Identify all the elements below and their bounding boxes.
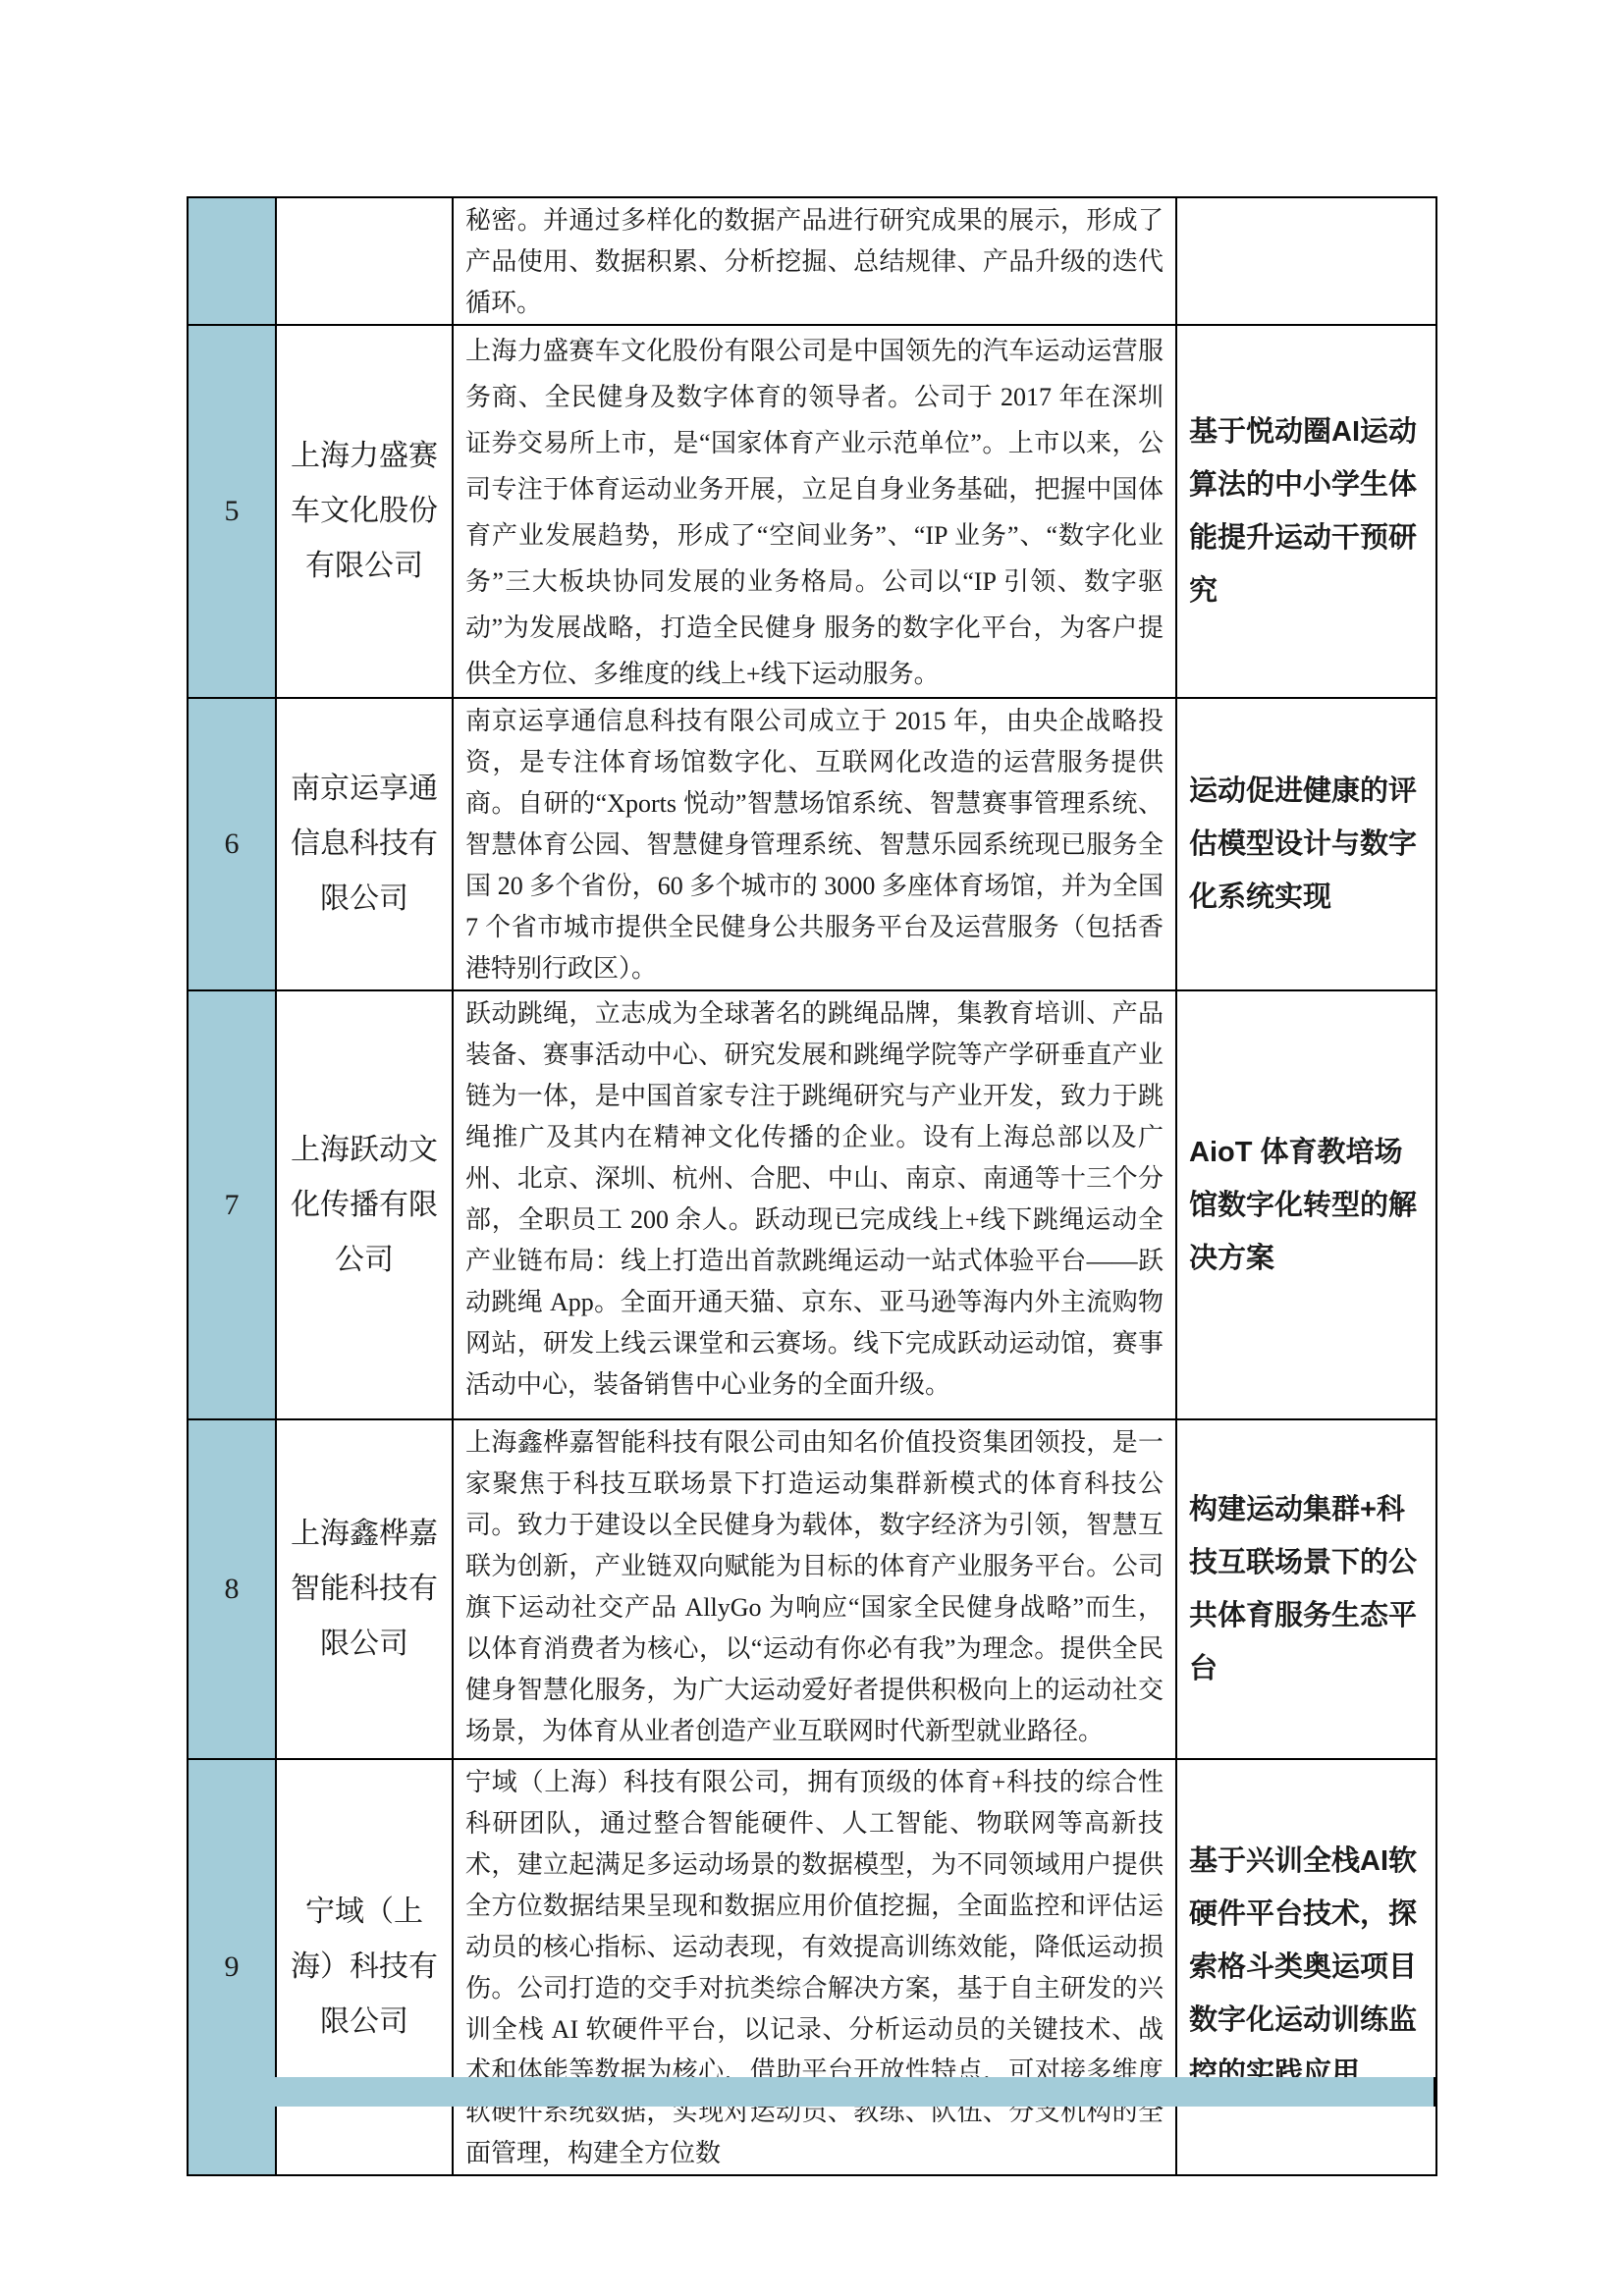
row-number-cell: 5 bbox=[188, 325, 276, 698]
table-row: 9 宁域（上海）科技有限公司 宁域（上海）科技有限公司，拥有顶级的体育+科技的综… bbox=[188, 1759, 1436, 2175]
project-title-cell: 运动促进健康的评估模型设计与数字化系统实现 bbox=[1176, 698, 1436, 990]
company-description-cell: 南京运享通信息科技有限公司成立于 2015 年，由央企战略投资，是专注体育场馆数… bbox=[453, 698, 1176, 990]
company-description-cell: 上海力盛赛车文化股份有限公司是中国领先的汽车运动运营服务商、全民健身及数字体育的… bbox=[453, 325, 1176, 698]
company-name-cell bbox=[276, 197, 453, 325]
table-row-continuation: 秘密。并通过多样化的数据产品进行研究成果的展示，形成了产品使用、数据积累、分析挖… bbox=[188, 197, 1436, 325]
company-name-cell: 上海鑫桦嘉智能科技有限公司 bbox=[276, 1419, 453, 1759]
company-name-cell: 宁域（上海）科技有限公司 bbox=[276, 1759, 453, 2175]
table-row: 7 上海跃动文化传播有限公司 跃动跳绳，立志成为全球著名的跳绳品牌，集教育培训、… bbox=[188, 990, 1436, 1419]
row-number-cell bbox=[188, 197, 276, 325]
table-row: 8 上海鑫桦嘉智能科技有限公司 上海鑫桦嘉智能科技有限公司由知名价值投资集团领投… bbox=[188, 1419, 1436, 1759]
project-title-cell: 构建运动集群+科技互联场景下的公共体育服务生态平台 bbox=[1176, 1419, 1436, 1759]
project-title-cell: 基于兴训全栈AI软硬件平台技术，探索格斗类奥运项目数字化运动训练监控的实践应用 bbox=[1176, 1759, 1436, 2175]
project-title-cell: 基于悦动圈AI运动算法的中小学生体能提升运动干预研究 bbox=[1176, 325, 1436, 698]
company-name-cell: 上海力盛赛车文化股份有限公司 bbox=[276, 325, 453, 698]
company-description-cell: 上海鑫桦嘉智能科技有限公司由知名价值投资集团领投，是一家聚焦于科技互联场景下打造… bbox=[453, 1419, 1176, 1759]
company-description-cell: 宁域（上海）科技有限公司，拥有顶级的体育+科技的综合性科研团队，通过整合智能硬件… bbox=[453, 1759, 1176, 2175]
row-number-cell: 7 bbox=[188, 990, 276, 1419]
company-name-cell: 南京运享通信息科技有限公司 bbox=[276, 698, 453, 990]
project-title-cell: AioT 体育教培场馆数字化转型的解决方案 bbox=[1176, 990, 1436, 1419]
row-number-cell: 8 bbox=[188, 1419, 276, 1759]
company-name-cell: 上海跃动文化传播有限公司 bbox=[276, 990, 453, 1419]
row-number-cell: 6 bbox=[188, 698, 276, 990]
row-number-cell: 9 bbox=[188, 1759, 276, 2175]
next-row-fragment-strip bbox=[187, 2077, 1435, 2107]
company-project-table: 秘密。并通过多样化的数据产品进行研究成果的展示，形成了产品使用、数据积累、分析挖… bbox=[187, 196, 1437, 2176]
company-description-cell: 秘密。并通过多样化的数据产品进行研究成果的展示，形成了产品使用、数据积累、分析挖… bbox=[453, 197, 1176, 325]
table-row: 6 南京运享通信息科技有限公司 南京运享通信息科技有限公司成立于 2015 年，… bbox=[188, 698, 1436, 990]
table-row: 5 上海力盛赛车文化股份有限公司 上海力盛赛车文化股份有限公司是中国领先的汽车运… bbox=[188, 325, 1436, 698]
company-description-cell: 跃动跳绳，立志成为全球著名的跳绳品牌，集教育培训、产品装备、赛事活动中心、研究发… bbox=[453, 990, 1176, 1419]
project-title-cell bbox=[1176, 197, 1436, 325]
